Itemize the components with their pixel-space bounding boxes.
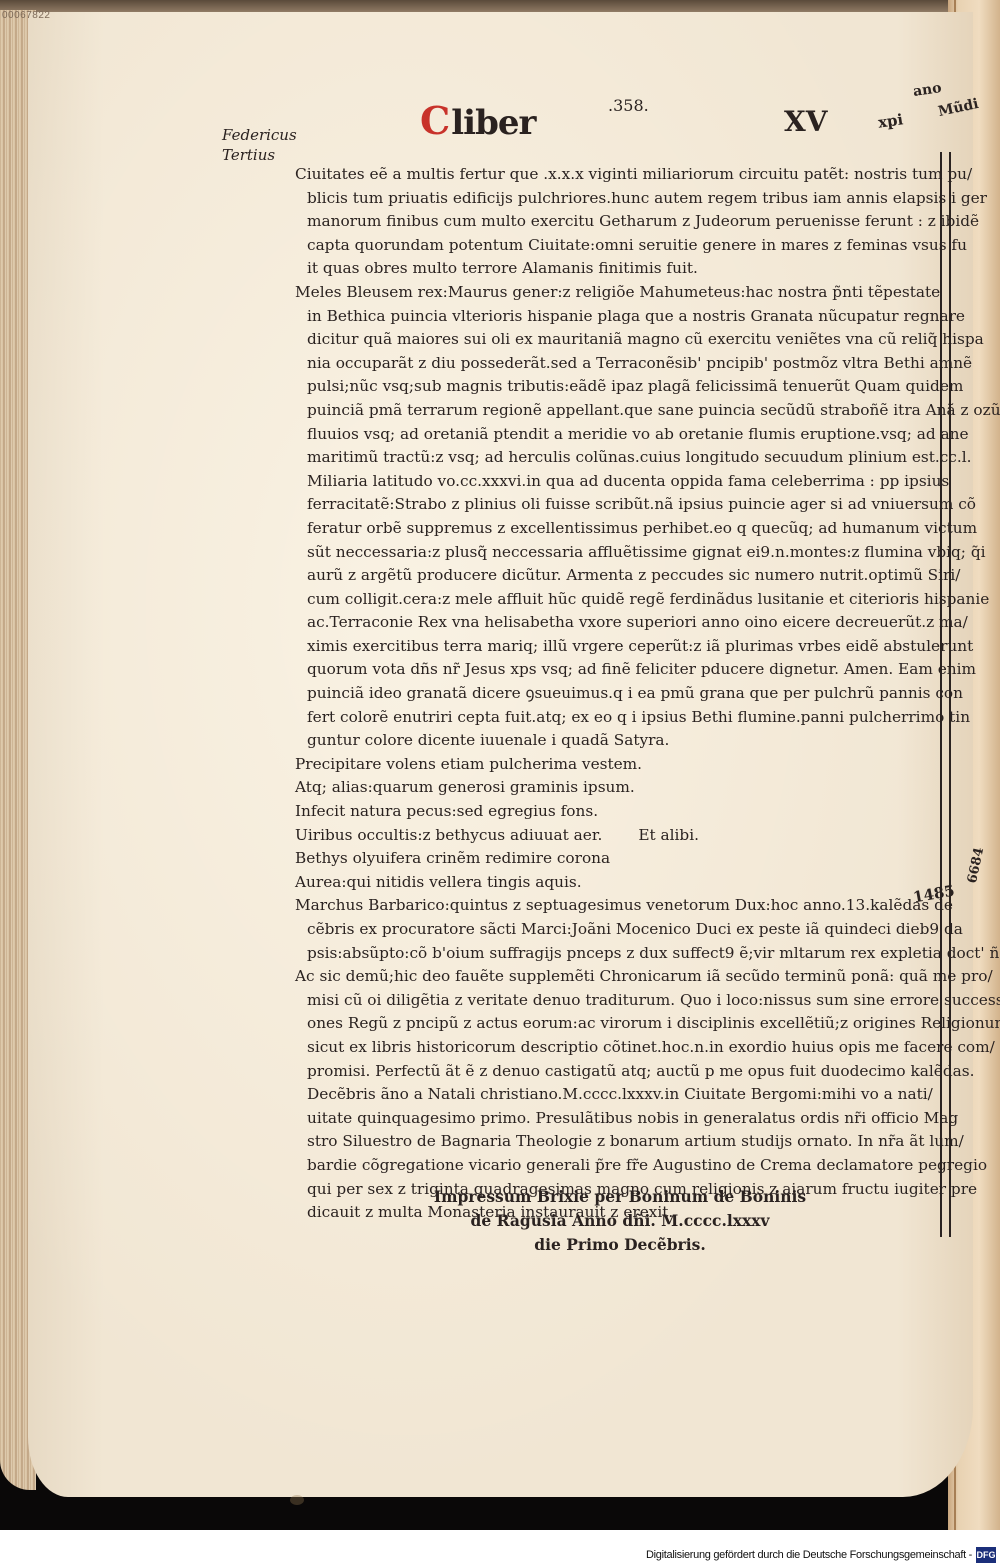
verse-text: Aurea:qui nitidis vellera tingis aquis. [295, 873, 582, 891]
text-line: feratur orbẽ suppremus z excellentissimu… [295, 517, 925, 541]
text-line: Ac sic demũ;hic deo fauẽte supplemẽti Ch… [295, 965, 925, 989]
text-line: Decẽbris ãno a Natali christiano.M.cccc.… [295, 1083, 925, 1107]
text-line: guntur colore dicente iuuenale i quadã S… [295, 729, 925, 753]
catalog-id: 00067822 [2, 10, 51, 21]
verse-line: Aurea:qui nitidis vellera tingis aquis. [295, 871, 925, 895]
text-line: bardie cõgregatione vicario generali p̃r… [295, 1154, 925, 1178]
text-line: sũt neccessaria:z plusq̃ neccessaria aff… [295, 541, 925, 565]
margin-name-line1: Federicus [222, 125, 297, 145]
colophon-line: de Ragusia Anno dñi. M.cccc.lxxxv [420, 1209, 820, 1233]
verse-line: Uiribus occultis:z bethycus adiuuat aer.… [295, 824, 925, 848]
text-line: stro Siluestro de Bagnaria Theologie z b… [295, 1130, 925, 1154]
text-line: manorum finibus cum multo exercitu Getha… [295, 210, 925, 234]
margin-name-line2: Tertius [222, 145, 297, 165]
text-line: Miliaria latitudo vo.cc.xxxvi.in qua ad … [295, 470, 925, 494]
text-line: ones Regũ z pncipũ z actus eorum:ac viro… [295, 1012, 925, 1036]
text-line: fluuios vsq; ad oretaniã ptendit a merid… [295, 423, 925, 447]
text-line: maritimũ tractũ:z vsq; ad herculis colũn… [295, 446, 925, 470]
book-number: XV [784, 105, 827, 138]
text-line: capta quorundam potentum Ciuitate:omni s… [295, 234, 925, 258]
text-line: puinciã pmã terrarum regionẽ appellant.q… [295, 399, 925, 423]
funding-credit: Digitalisierung gefördert durch die Deut… [646, 1549, 972, 1561]
text-line: dicitur quã maiores sui oli ex mauritani… [295, 328, 925, 352]
folio-number: .358. [608, 96, 649, 115]
colophon-line: Impressum Brixie per Boninum de Boninis [420, 1185, 820, 1209]
text-line: ferracitatẽ:Strabo z plinius oli fuisse … [295, 493, 925, 517]
margin-note: Federicus Tertius [222, 125, 297, 165]
verse-text: Bethys olyuifera crinẽm redimire corona [295, 849, 610, 867]
year-christi-label: xpi [877, 110, 904, 131]
dfg-logo: DFG [976, 1547, 996, 1563]
colophon: Impressum Brixie per Boninum de Boninis … [420, 1185, 820, 1257]
scanned-page-image: 00067822 Cliber .358. XV xpi ano Mũdi Fe… [0, 0, 1000, 1530]
body-text: Ciuitates eẽ a multis fertur que .x.x.x … [295, 163, 925, 1225]
rubricated-initial: C [420, 98, 449, 143]
verse-line: Bethys olyuifera crinẽm redimire corona [295, 847, 925, 871]
paper-stain [290, 1495, 304, 1505]
verse-line: Atq; alias:quarum generosi graminis ipsu… [295, 776, 925, 800]
text-line: quorum vota dñs nr̃ Jesus xps vsq; ad fi… [295, 658, 925, 682]
text-line: cẽbris ex procuratore sãcti Marci:Joãni … [295, 918, 925, 942]
verse-aside: Et alibi. [638, 824, 699, 848]
text-line: Ciuitates eẽ a multis fertur que .x.x.x … [295, 163, 925, 187]
text-line: cum colligit.cera:z mele affluit hũc qui… [295, 588, 925, 612]
verse-text: Atq; alias:quarum generosi graminis ipsu… [295, 778, 635, 796]
text-line: nia occuparãt z diu possederãt.sed a Ter… [295, 352, 925, 376]
text-line: in Bethica puincia vlterioris hispanie p… [295, 305, 925, 329]
text-line: uitate quinquagesimo primo. Presulãtibus… [295, 1107, 925, 1131]
verse-text: Infecit natura pecus:sed egregius fons. [295, 802, 598, 820]
text-line: puinciã ideo granatã dicere ꝯsueuimus.q … [295, 682, 925, 706]
verse-line: Precipitare volens etiam pulcherima vest… [295, 753, 925, 777]
text-line: fert colorẽ enutriri cepta fuit.atq; ex … [295, 706, 925, 730]
text-line: blicis tum priuatis edificijs pulchriore… [295, 187, 925, 211]
text-line: sicut ex libris historicorum descriptio … [295, 1036, 925, 1060]
text-line: psis:absũpto:cõ b'oium suffragijs pnceps… [295, 942, 925, 966]
text-line: misi cũ oi diligẽtia z veritate denuo tr… [295, 989, 925, 1013]
verse-text: Uiribus occultis:z bethycus adiuuat aer. [295, 826, 602, 844]
verse-text: Precipitare volens etiam pulcherima vest… [295, 755, 642, 773]
colophon-line: die Primo Decẽbris. [420, 1233, 820, 1257]
text-line: Marchus Barbarico:quintus z septuagesimu… [295, 894, 925, 918]
text-line: ac.Terraconie Rex vna helisabetha vxore … [295, 611, 925, 635]
footer: Digitalisierung gefördert durch die Deut… [0, 1546, 1000, 1566]
verse-line: Infecit natura pecus:sed egregius fons. [295, 800, 925, 824]
text-line: pulsi;nũc vsq;sub magnis tributis:eãdẽ i… [295, 375, 925, 399]
running-head-title: liber [451, 103, 535, 143]
running-head: Cliber [420, 98, 535, 143]
text-line: promisi. Perfectũ ãt ẽ z denuo castigatũ… [295, 1060, 925, 1084]
text-line: aurũ z argẽtũ producere dicũtur. Armenta… [295, 564, 925, 588]
text-line: Meles Bleusem rex:Maurus gener:z religiõ… [295, 281, 925, 305]
text-line: ximis exercitibus terra mariq; illũ vrge… [295, 635, 925, 659]
text-line: it quas obres multo terrore Alamanis fin… [295, 257, 925, 281]
